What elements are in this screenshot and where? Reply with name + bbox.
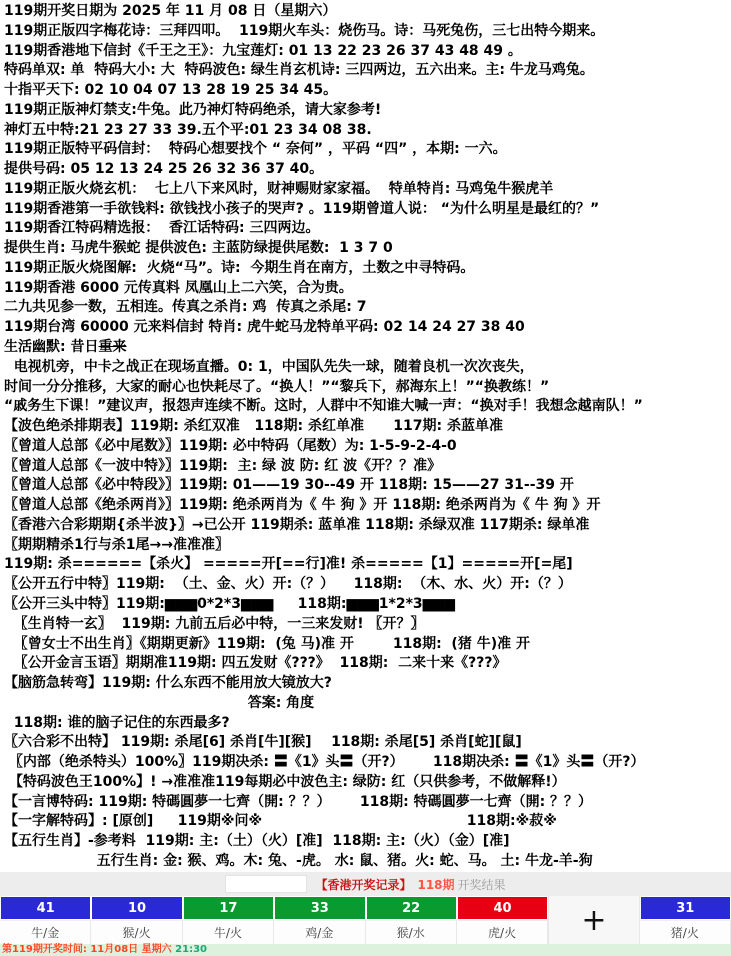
text-line: 119期香港地下信封《千王之王》：九宝莲灯: 01 13 22 23 26 37… <box>4 42 731 62</box>
text-line: 〖曾道人总部《绝杀两肖》〗119期: 绝杀两肖为《 牛 狗 》开 118期: 绝… <box>4 496 731 516</box>
text-segment: 生活幽默: 昔日 <box>4 339 98 355</box>
text-line: 〖曾女士不出生肖〗《期期更新》119期: (兔 马)准 开 118期: (猪 牛… <box>4 635 731 655</box>
result-ball-zodiac-label: 猴/水 <box>366 920 457 944</box>
text-line: 十指平天下: 02 10 04 07 13 28 19 25 34 45。 <box>4 81 731 101</box>
text-line: 119期香江特码精选报： 香江话特码: 三四两边。 <box>4 219 731 239</box>
text-line: 【特码波色王100%】! →准准准119每期必中波色主: 绿防: 红（只供参考，… <box>4 773 731 793</box>
text-line: 【脑筋急转弯】119期: 什么东西不能用放大镜放大? <box>4 674 731 694</box>
result-ball-zodiac-label: 猪/火 <box>640 920 731 944</box>
result-ball: 31 <box>641 897 730 919</box>
text-line: 【波色绝杀排期表】119期: 杀红双准 118期: 杀红单准 117期: 杀蓝单… <box>4 417 731 437</box>
next-draw-footer: 第119期开奖时间: 11月08日 星期六 21:30 <box>0 944 731 956</box>
draw-record-suffix: 开奖结果 <box>458 876 506 893</box>
text-line: 〖六合彩不出特】 119期: 杀尾[6] 杀肖[牛][猴] 118期: 杀尾[5… <box>4 733 731 753</box>
result-ball-zodiac-label: 猴/火 <box>91 920 182 944</box>
text-line: 〖香港六合彩期期{杀半波}〗→已公开 119期杀: 蓝单准 118期: 杀绿双准… <box>4 516 731 536</box>
result-ball: 40 <box>458 897 547 919</box>
text-line: “戚务生下课！”建议声，报怨声连续不断。这时，人群中不知谁大喊一声：“换对手！我… <box>4 397 731 417</box>
plus-sign: + <box>548 896 639 944</box>
text-line: 〖生肖特一玄〗 119期: 九前五后必中特，一三来发财! 〖开？〗 <box>4 615 731 635</box>
result-ball: 33 <box>275 897 364 919</box>
draw-record-header: 【香港开奖记录】 118期 开奖结果 <box>0 872 731 896</box>
draw-record-title: 【香港开奖记录】 <box>315 876 411 893</box>
text-line: 【一字解特码】: [原创] 119期※问※ 118期:※菽※ <box>4 812 731 832</box>
text-line: 提供号码: 05 12 13 24 25 26 32 36 37 40。 <box>4 160 731 180</box>
result-ball: 17 <box>184 897 273 919</box>
text-line: 〖内部（绝杀特头）100%〗119期决杀: 〓《1》头〓（开?） 118期决杀:… <box>4 753 731 773</box>
result-ball-zodiac-label: 牛/火 <box>183 920 274 944</box>
text-line: 【一言博特码: 119期: 特碼圓夢一七齊（開: ？？） 118期: 特碼圓夢一… <box>4 793 731 813</box>
text-line: 119期正版特平码信封： 特码心想要找个 “ 奈何” ，平码 “四” ，本期: … <box>4 140 731 160</box>
text-line: 119期正版神灯禁支:牛兔。此乃神灯特码绝杀，请大家参考! <box>4 101 731 121</box>
text-line: 〖曾道人总部《必中特段》〗119期: 01——19 30--49 开 118期:… <box>4 476 731 496</box>
text-line: 119期香港第一手欲钱料: 欲钱找小孩子的哭声? 。119期曾道人说： “为什么… <box>4 200 731 220</box>
result-ball-zodiac-label: 牛/金 <box>0 920 91 944</box>
text-line: 二九共见参一数，五相连。传真之杀肖: 鸡 传真之杀尾: 7 <box>4 298 731 318</box>
result-ball: 10 <box>92 897 181 919</box>
text-line: 神灯五中特:21 23 27 33 39.五个平:01 23 34 08 38. <box>4 121 731 141</box>
tip-sheet-text: 119期开奖日期为 2025 年 11 月 08 日（星期六）119期正版四字梅… <box>0 0 731 872</box>
text-line: 提供生肖: 马虎牛猴蛇 提供波色: 主蓝防绿提供尾数: 1 3 7 0 <box>4 239 731 259</box>
text-line: 119期正版四字梅花诗：三拜四叩。 119期火车头：烧伤马。诗：马死兔伤，三七出… <box>4 22 731 42</box>
struck-text: 重来 <box>98 339 126 355</box>
text-line: 五行生肖: 金: 猴、鸡。木: 兔、-虎。 水: 鼠、猪。火: 蛇、马。 土: … <box>4 852 731 872</box>
text-line: 119期开奖日期为 2025 年 11 月 08 日（星期六） <box>4 2 731 22</box>
draw-results-table: 41牛/金10猴/火17牛/火33鸡/金22猴/水40虎/火+31猪/火 <box>0 896 731 944</box>
text-line: 〖公开金言玉语〗期期准119期: 四五发财《???》 118期: 二来十来《??… <box>4 654 731 674</box>
result-ball: 22 <box>367 897 456 919</box>
issue-input[interactable] <box>225 875 307 893</box>
text-line: 答案: 角度 <box>4 694 731 714</box>
text-line: 119期香港 6000 元传真料 凤凰山上二六笑，合为贵。 <box>4 279 731 299</box>
next-draw-text: 第119期开奖时间: 11月08日 星期六 <box>2 944 175 955</box>
text-line: 〖公开三头中特〗119期:▆▆▆0*2*3▆▆▆ 118期:▆▆▆1*2*3▆▆… <box>4 595 731 615</box>
text-line: 〖曾道人总部《必中尾数》〗119期: 必中特码（尾数）为: 1-5-9-2-4-… <box>4 437 731 457</box>
text-line: 119期正版火烧图解: 火烧“马”。诗: 今期生肖在南方，土数之中寻特码。 <box>4 259 731 279</box>
text-line: 119期台湾 60000 元来料信封 特肖: 虎牛蛇马龙特单平码: 02 14 … <box>4 318 731 338</box>
text-line: 时间一分分推移，大家的耐心也快耗尽了。“换人！”“黎兵下，郝海东上！”“换教练！… <box>4 378 731 398</box>
result-ball: 41 <box>1 897 90 919</box>
text-line: 电视机旁，中卡之战正在现场直播。0: 1，中国队先失一球，随着良机一次次丧失， <box>4 358 731 378</box>
result-ball-zodiac-label: 虎/火 <box>457 920 548 944</box>
text-line: 119期: 杀======【杀火】 =====开[==行]准! 杀=====【1… <box>4 555 731 575</box>
text-line: 119期正版火烧玄机： 七上八下来风时，财神赐财家家福。 特单特肖: 马鸡兔牛猴… <box>4 180 731 200</box>
text-line: 〖曾道人总部《一波中特》〗119期: 主: 绿 波 防: 红 波《开？？准》 <box>4 457 731 477</box>
text-line: 生活幽默: 昔日重来 <box>4 338 731 358</box>
text-line: 〖期期精杀1行与杀1尾→→准准准〗 <box>4 536 731 556</box>
text-line: 118期: 谁的脑子记住的东西最多? <box>4 714 731 734</box>
text-line: 【五行生肖】-参考料 119期: 主:（土）（火）[准] 118期: 主:（火）… <box>4 832 731 852</box>
draw-record-issue: 118期 <box>417 876 454 893</box>
result-ball-zodiac-label: 鸡/金 <box>274 920 365 944</box>
text-line: 特码单双: 单 特码大小: 大 特码波色: 绿生肖玄机诗: 三四两边，五六出来。… <box>4 61 731 81</box>
text-line: 〖公开五行中特〗119期: （土、金、火）开:（？） 118期: （木、水、火）… <box>4 575 731 595</box>
next-draw-time: 21:30 <box>175 944 207 955</box>
